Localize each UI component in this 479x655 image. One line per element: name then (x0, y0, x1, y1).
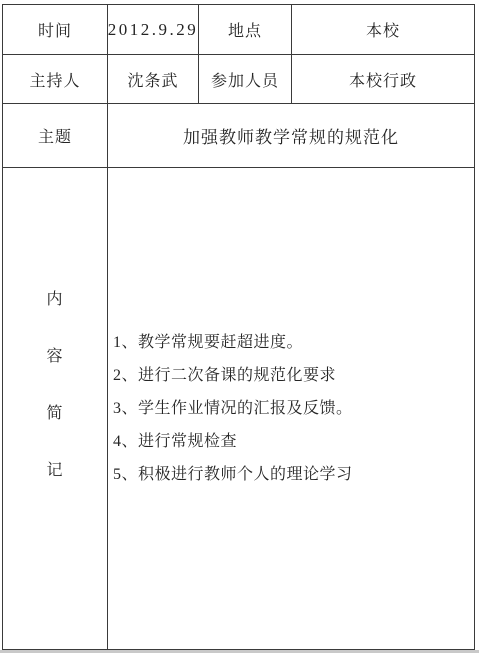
document-page: 时间 2012.9.29 地点 本校 主持人 沈条武 参加人员 本校行政 主题 … (0, 0, 479, 655)
participants-value: 本校行政 (292, 55, 474, 104)
summary-item: 5、积极进行教师个人的理论学习 (113, 458, 353, 491)
topic-value: 加强教师教学常规的规范化 (108, 104, 474, 168)
summary-item: 2、进行二次备课的规范化要求 (113, 359, 336, 392)
place-value: 本校 (292, 5, 474, 55)
summary-label-char: 内 (46, 271, 63, 328)
host-value: 沈条武 (108, 55, 199, 104)
summary-item: 4、进行常规检查 (113, 425, 237, 458)
time-label: 时间 (3, 5, 108, 55)
summary-item: 3、学生作业情况的汇报及反馈。 (113, 392, 353, 425)
meeting-record-table: 时间 2012.9.29 地点 本校 主持人 沈条武 参加人员 本校行政 主题 … (2, 4, 475, 650)
place-label: 地点 (199, 5, 292, 55)
summary-label: 内 容 简 记 (3, 168, 108, 649)
participants-label: 参加人员 (199, 55, 292, 104)
summary-label-char: 简 (46, 385, 63, 442)
summary-item: 1、教学常规要赶超进度。 (113, 326, 303, 359)
summary-content: 1、教学常规要赶超进度。 2、进行二次备课的规范化要求 3、学生作业情况的汇报及… (108, 168, 474, 649)
host-label: 主持人 (3, 55, 108, 104)
topic-label: 主题 (3, 104, 108, 168)
page-edge (0, 650, 479, 653)
time-value: 2012.9.29 (108, 5, 199, 55)
summary-label-char: 容 (46, 328, 63, 385)
summary-label-char: 记 (46, 442, 63, 499)
